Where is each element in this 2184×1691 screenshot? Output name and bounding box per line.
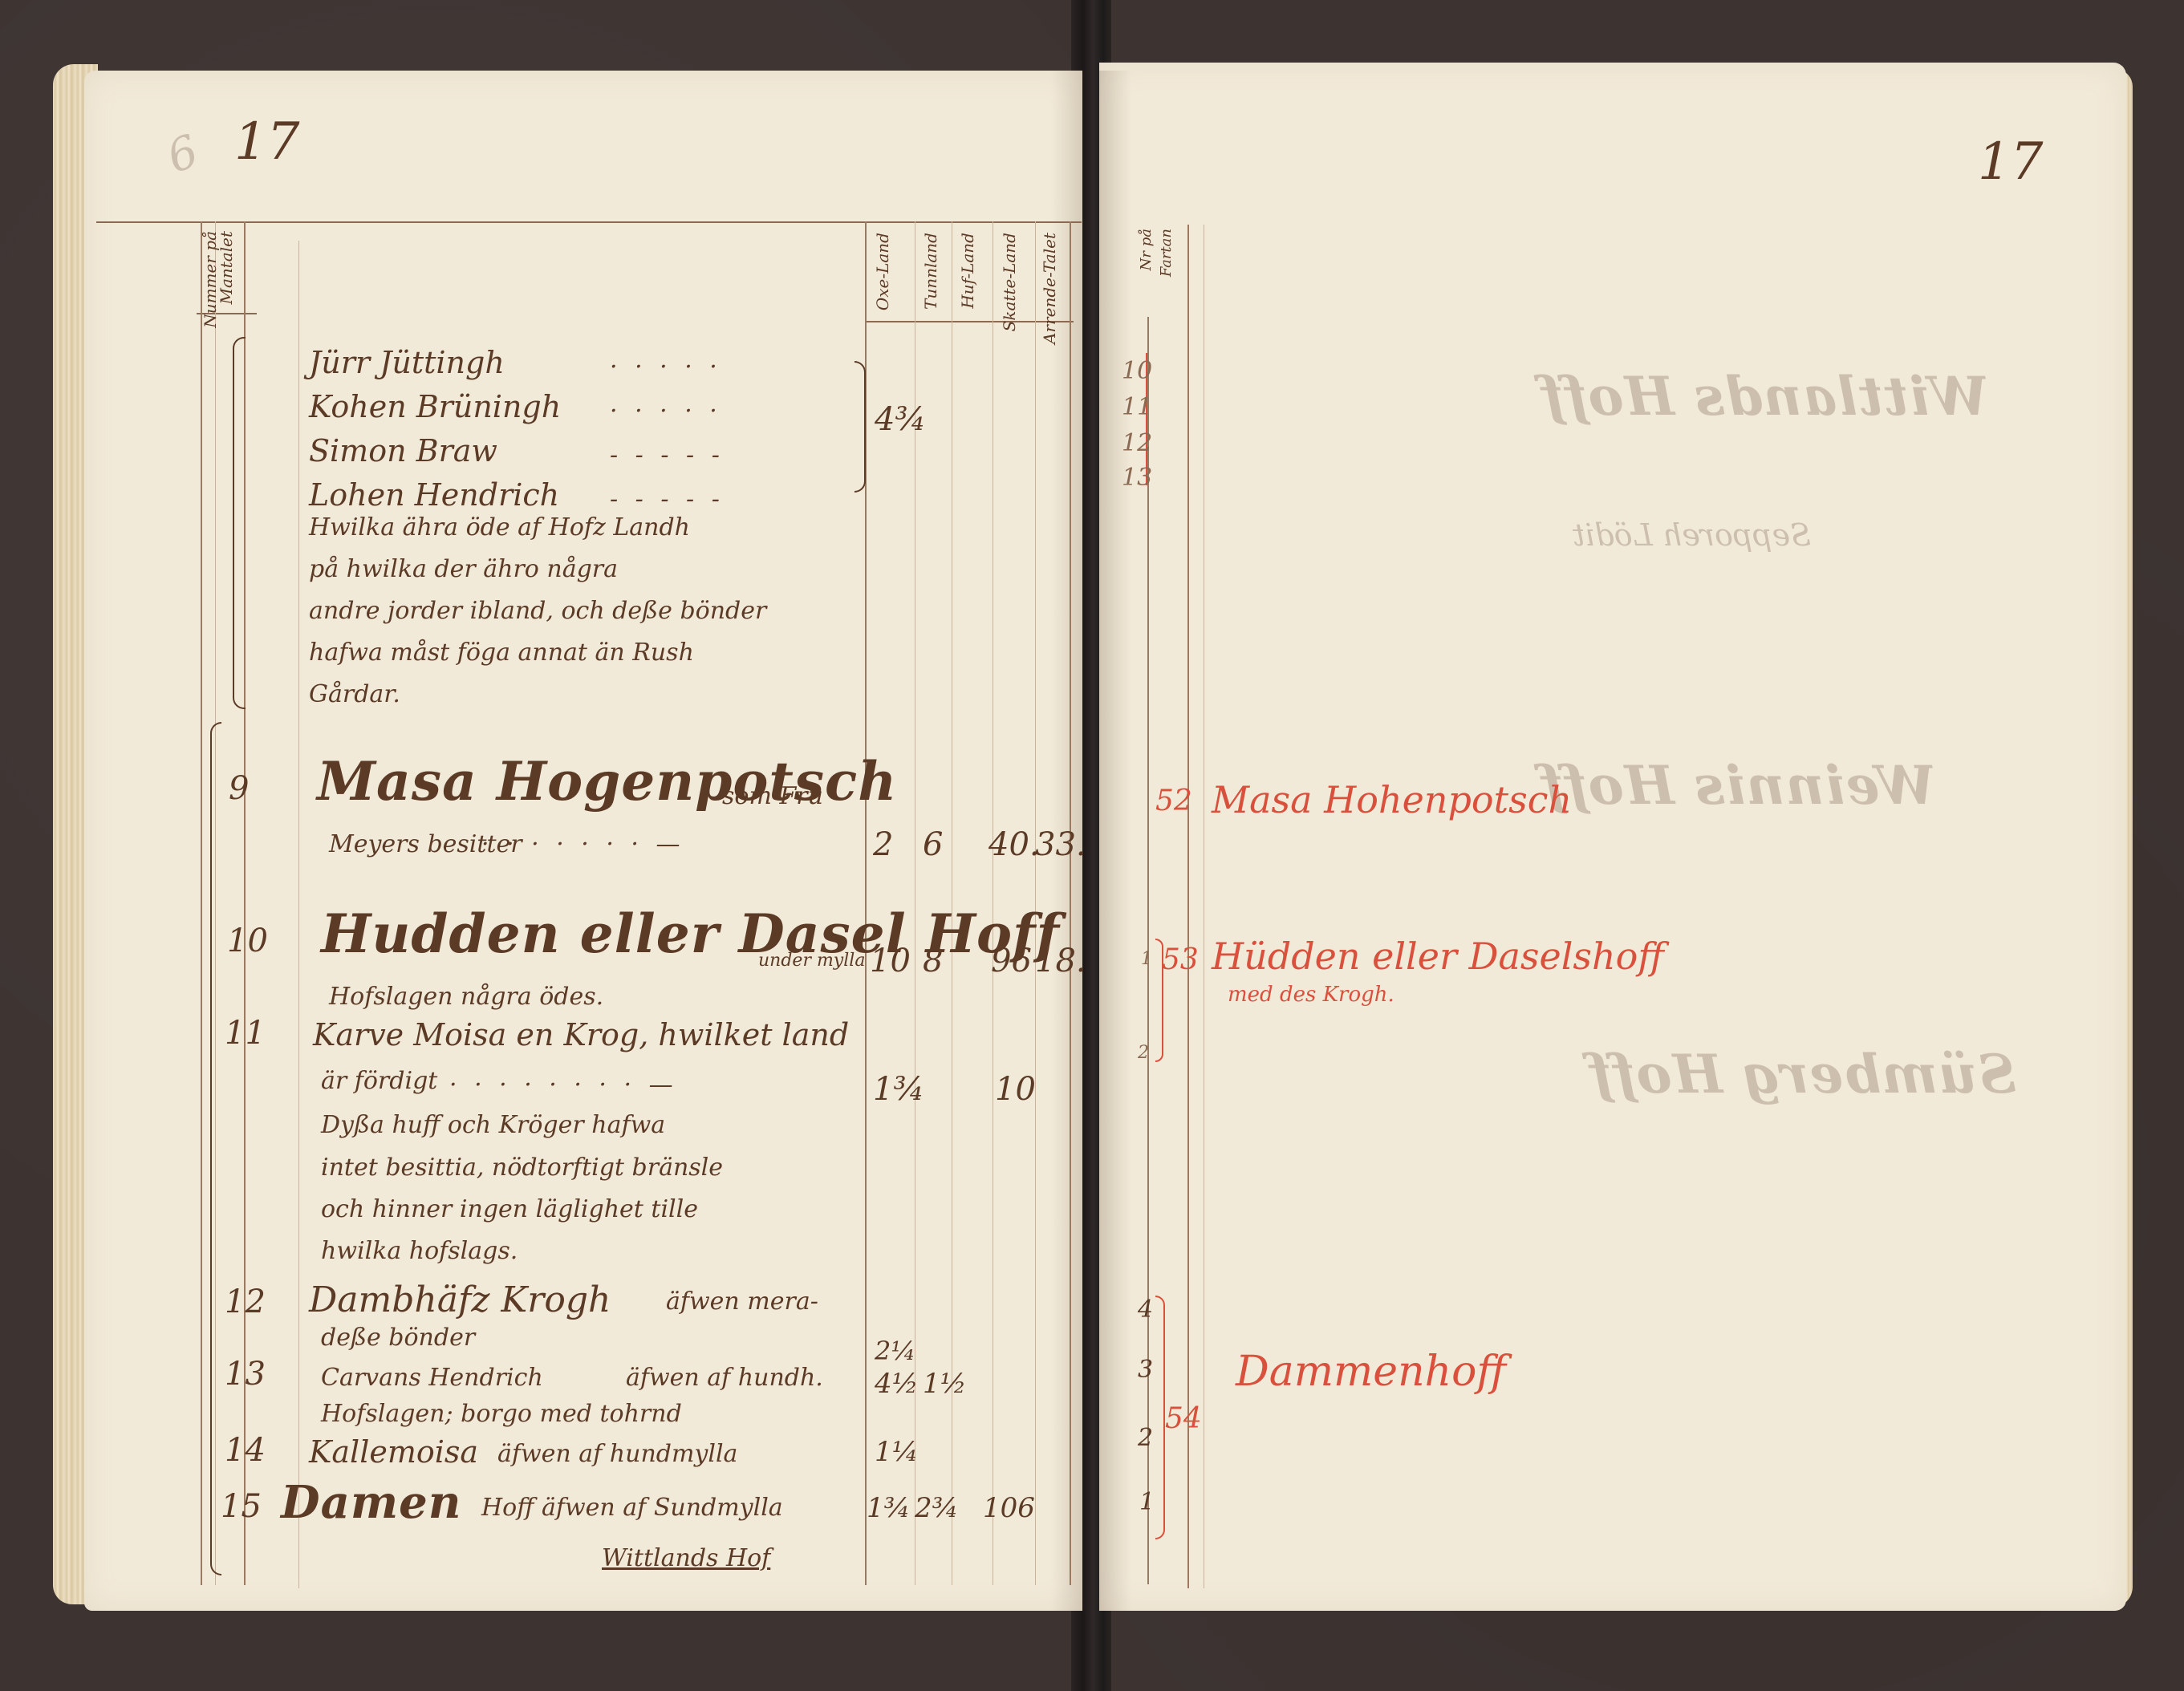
margin-number: 12 [1122, 429, 1152, 457]
entry-subline: är fördigt [321, 1067, 437, 1095]
value-col-1: 1¾ [867, 1492, 911, 1524]
value-col-1: 1¼ [875, 1436, 919, 1468]
entry-name: Lohen Hendrich [309, 477, 559, 513]
entry-note-line: intet besittia, nödtorftigt bränsle [321, 1154, 723, 1182]
entry-subline: Hofslagen några ödes. [329, 983, 603, 1011]
red-entry-number: 53 [1162, 943, 1199, 976]
entry-suffix: Hoff äfwen af Sundmylla [481, 1494, 783, 1522]
entry-name: Simon Braw [309, 433, 497, 468]
page-footer: Wittlands Hof [602, 1544, 770, 1572]
row-number: 14 [225, 1432, 266, 1469]
value-col-1: 10 [870, 943, 911, 979]
margin-header-1: Nr på [1139, 229, 1154, 270]
value-col-5: 18. [1035, 943, 1086, 979]
entry-note-line: Gårdar. [309, 680, 400, 708]
bleed-through-text: Weinnis Hoff [1541, 754, 1935, 817]
entry-note-line: Dyßa huff och Kröger hafwa [321, 1111, 665, 1139]
margin-number: 11 [1122, 393, 1152, 421]
col-header-3: Huf-Land [960, 233, 976, 309]
entry-suffix: äfwen mera- [666, 1288, 818, 1316]
entry-name: Dambhäfz Krogh [309, 1279, 611, 1320]
value-col-1: 2¼ [875, 1336, 915, 1366]
leader-dots: - - - - - [610, 485, 725, 513]
margin-number: 10 [1122, 357, 1152, 385]
entry-note-line: på hwilka der ähro några [309, 555, 618, 583]
entry-note-line: Hwilka ähra öde af Hofz Landh [309, 513, 690, 541]
row-number: 13 [225, 1356, 266, 1393]
bracket-number: 2 [1138, 1424, 1153, 1452]
entry-name: Damen [281, 1476, 461, 1529]
red-entry-name: Dammenhoff [1236, 1348, 1506, 1396]
entry-subline: Hofslagen; borgo med tohrnd [321, 1400, 682, 1428]
leader-dots: · · · · · · · — [481, 830, 685, 858]
col-header-mantal-1: Nummer på [202, 231, 218, 328]
left-page-number: 17 [234, 112, 299, 172]
leader-dots: · · · · · [610, 397, 722, 425]
bracket-number: 3 [1138, 1356, 1153, 1384]
row-number: 9 [229, 770, 249, 807]
entry-name: Karve Moisa en Krog, hwilket land [313, 1017, 849, 1052]
right-page-number: 17 [1978, 132, 2043, 192]
leader-dots: · · · · · [610, 353, 722, 381]
entry-suffix: som Fru [722, 782, 823, 810]
col-header-5: Arrende-Talet [1041, 233, 1057, 344]
group-brace [233, 337, 246, 709]
entry-name: Carvans Hendrich [321, 1364, 543, 1392]
bracket-number: 1 [1139, 1488, 1155, 1516]
red-entry-subline: med des Krogh. [1228, 983, 1394, 1007]
value-col-2: 8 [923, 943, 943, 979]
bracket-number: 2 [1138, 1043, 1149, 1063]
red-bracket [1155, 1296, 1165, 1539]
entry-name: Jürr Jüttingh [309, 345, 505, 380]
col-header-1: Oxe-Land [875, 233, 891, 310]
row-number: 10 [227, 923, 268, 959]
entry-suffix: äfwen af hundh. [626, 1364, 823, 1392]
value-col-2: 1½ [923, 1368, 967, 1400]
leader-dots: · · · · · · · · — [449, 1071, 678, 1099]
value-col-1: 2 [873, 826, 893, 863]
bleed-through-text: Sepporeh Lödit [1573, 517, 1811, 553]
entry-name: Hudden eller Dasel Hoff [321, 902, 1060, 965]
entry-note-line: och hinner ingen läglighet tille [321, 1195, 698, 1223]
entry-note-line: andre jorder ibland, och deße bönder [309, 597, 766, 625]
value-col-4: 96 [991, 943, 1032, 979]
entry-suffix: äfwen af hundmylla [497, 1440, 737, 1468]
col-rule [201, 221, 202, 1585]
entry-value: 4¾ [875, 401, 926, 438]
value-col-4: 106 [983, 1492, 1035, 1524]
entry-suffix: under mylla [758, 951, 865, 971]
margin-header-2: Fartan [1159, 229, 1174, 277]
col-header-4: Skatte-Land [1001, 233, 1017, 331]
bracket-number: 4 [1138, 1296, 1153, 1324]
section-bracket [210, 722, 221, 1575]
col-rule [298, 241, 299, 1588]
margin-rule [1204, 225, 1204, 1588]
row-number: 15 [221, 1488, 262, 1525]
bracket-number: 1 [1141, 949, 1152, 969]
value-col-1: 1¾ [873, 1071, 924, 1108]
value-col-4: 40. [988, 826, 1040, 863]
bleed-through-text: Wittlands Hoff [1541, 365, 1988, 428]
value-col-2: 2¾ [915, 1492, 959, 1524]
value-col-4: 10 [995, 1071, 1036, 1108]
red-entry-number: 54 [1165, 1402, 1202, 1435]
value-brace [855, 361, 866, 493]
row-number: 12 [225, 1283, 266, 1320]
col-header-2: Tunnland [923, 233, 939, 310]
value-col-1: 4½ [875, 1368, 919, 1400]
red-entry-number: 52 [1155, 785, 1192, 817]
col-rule [1070, 221, 1071, 1585]
bleed-through-text: Sümberg Hoff [1589, 1043, 2016, 1105]
red-entry-name: Hüdden eller Daselshoff [1212, 935, 1664, 978]
row-number: 11 [225, 1015, 266, 1052]
entry-note-line: hafwa måst föga annat än Rush [309, 639, 694, 667]
margin-number: 13 [1122, 464, 1152, 492]
entry-note-line: hwilka hofslags. [321, 1237, 518, 1265]
gutter-shadow-right [1099, 71, 1131, 1611]
value-col-2: 6 [923, 826, 943, 863]
red-entry-name: Masa Hohenpotsch [1212, 778, 1572, 821]
entry-name: Kallemoisa [309, 1434, 478, 1470]
entry-subline: deße bönder [321, 1324, 475, 1352]
margin-rule [1187, 225, 1189, 1588]
leader-dots: - - - - - [610, 441, 725, 469]
entry-name: Kohen Brüningh [309, 389, 561, 424]
col-header-mantal-2: Mantalet [218, 231, 234, 305]
value-col-5: 33. [1035, 826, 1086, 863]
